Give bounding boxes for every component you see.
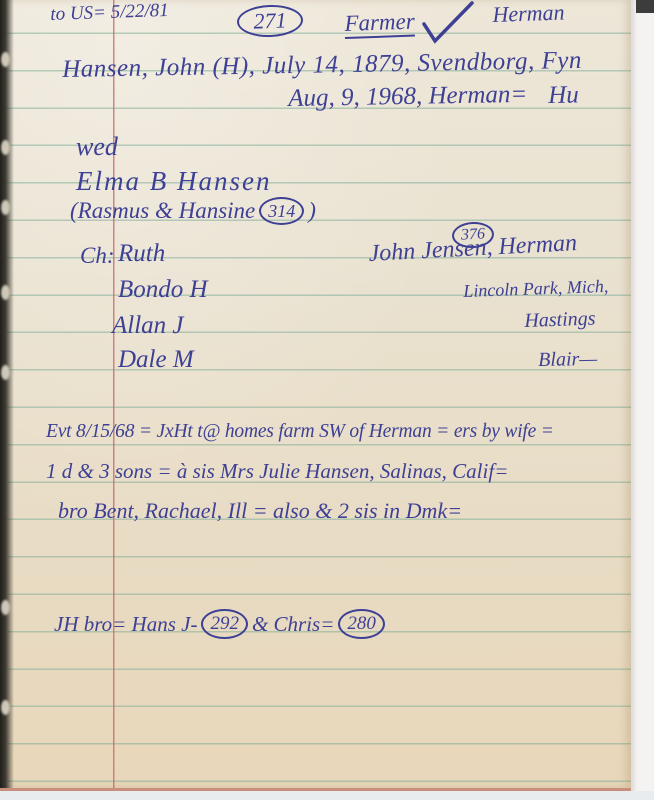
spouse-parents-close: ) <box>308 198 316 224</box>
child-name: Allan J <box>112 312 184 341</box>
occupation-note: Farmer <box>344 9 415 38</box>
cross-reference-number: 280 <box>338 609 385 639</box>
checkmark-icon <box>416 0 476 46</box>
scanner-background-bottom <box>0 791 654 800</box>
children-label: Ch: <box>80 243 115 269</box>
child-name: Ruth <box>118 240 165 269</box>
notebook-paper: to US= 5/22/81 271 Farmer Herman Hansen,… <box>0 0 631 791</box>
record-number-circle: 271 <box>237 5 303 37</box>
residence-note: Hastings <box>524 308 596 333</box>
subject-death-suffix: Hu <box>548 81 579 110</box>
child-name: Bondo H <box>118 276 208 305</box>
residence-note: Blair— <box>538 348 597 372</box>
torn-hole <box>1 52 10 67</box>
cross-reference-text: JH bro= Hans J- <box>54 612 197 636</box>
torn-hole <box>1 700 10 715</box>
cross-reference-line: JH bro= Hans J- 292 & Chris= 280 <box>54 609 385 639</box>
cross-reference-number: 292 <box>201 609 248 639</box>
town-note: Herman <box>492 0 565 27</box>
spouse-parents-line: (Rasmus & Hansine 314 ) <box>70 197 316 225</box>
torn-hole <box>1 140 10 155</box>
scanner-background-right <box>631 0 654 800</box>
residence-note: Lincoln Park, Mich, <box>463 276 609 302</box>
torn-binding-edge <box>0 0 14 788</box>
spouse-parents-ref: 314 <box>259 197 304 225</box>
estate-note-line: Evt 8/15/68 = JxHt t@ homes farm SW of H… <box>46 421 554 443</box>
wed-label: wed <box>76 132 118 162</box>
subject-death-line: Aug, 9, 1968, Herman= <box>288 81 528 114</box>
torn-hole <box>1 200 10 215</box>
received-note: to US= 5/22/81 <box>50 0 169 26</box>
record-number: 271 <box>236 4 303 38</box>
estate-note-line: 1 d & 3 sons = à sis Mrs Julie Hansen, S… <box>46 459 508 483</box>
occupation-label: Farmer <box>344 9 415 39</box>
subject-birth-line: Hansen, John (H), July 14, 1879, Svendbo… <box>62 47 582 85</box>
spouse-name: Elma B Hansen <box>76 166 271 197</box>
torn-hole <box>1 600 10 615</box>
ruth-spouse-note: John Jensen, Herman <box>368 230 578 268</box>
spouse-parents-text: (Rasmus & Hansine <box>70 198 255 224</box>
torn-hole <box>1 285 10 300</box>
scan-corner-artifact <box>636 0 654 13</box>
cross-reference-text: & Chris= <box>252 612 334 636</box>
child-name: Dale M <box>118 346 194 375</box>
torn-hole <box>1 365 10 380</box>
scanned-page: to US= 5/22/81 271 Farmer Herman Hansen,… <box>0 0 654 800</box>
estate-note-line: bro Bent, Rachael, Ill = also & 2 sis in… <box>58 498 462 523</box>
